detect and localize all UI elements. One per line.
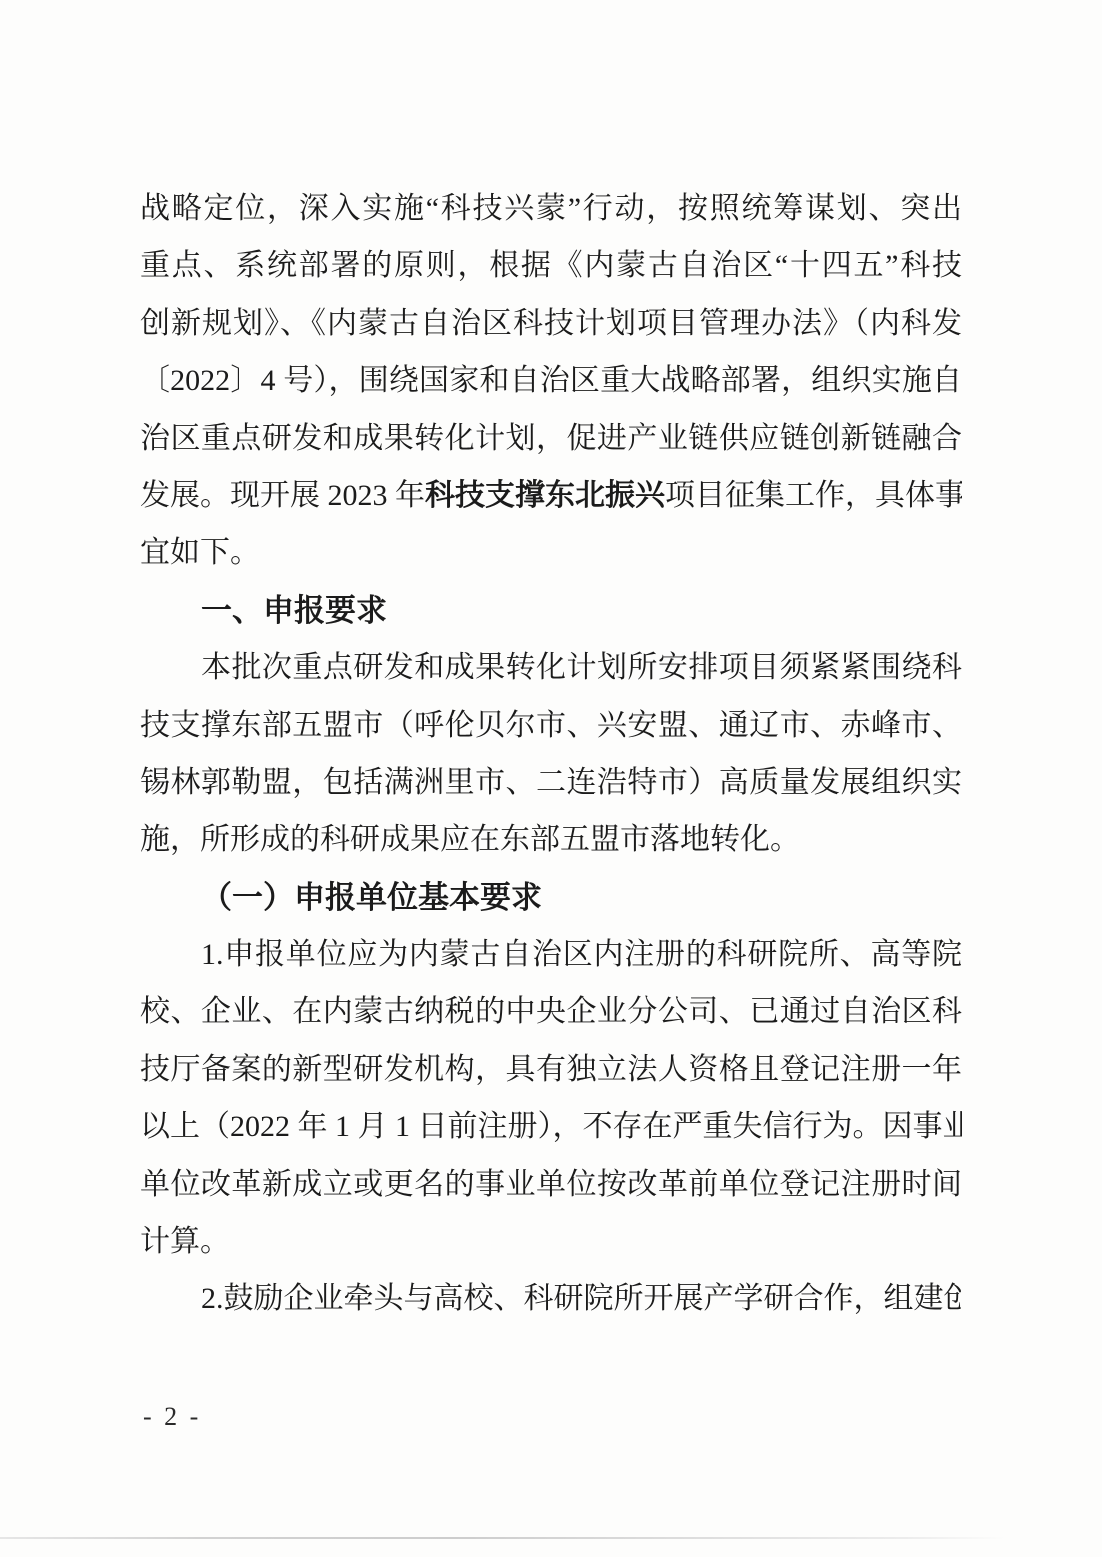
body-line: 技支撑东部五盟市（呼伦贝尔市、兴安盟、通辽市、赤峰市、 [140, 697, 962, 754]
body-line: 2.鼓励企业牵头与高校、科研院所开展产学研合作，组建创 [140, 1270, 962, 1327]
body-text-run: 发展。现开展 2023 年 [140, 479, 425, 512]
body-line: 本批次重点研发和成果转化计划所安排项目须紧紧围绕科 [140, 639, 962, 696]
bold-text-run: 科技支撑东北振兴 [425, 479, 665, 512]
body-line: 计算。 [140, 1213, 962, 1270]
body-line: 施，所形成的科研成果应在东部五盟市落地转化。 [140, 811, 962, 868]
body-line: 技厅备案的新型研发机构，具有独立法人资格且登记注册一年 [140, 1041, 962, 1098]
scan-edge-artifact [0, 1537, 1005, 1539]
body-line: 战略定位，深入实施“科技兴蒙”行动，按照统筹谋划、突出 [140, 180, 962, 237]
body-line: 以上（2022 年 1 月 1 日前注册），不存在严重失信行为。因事业 [140, 1098, 962, 1155]
body-line: 1.申报单位应为内蒙古自治区内注册的科研院所、高等院 [140, 926, 962, 983]
document-body: 战略定位，深入实施“科技兴蒙”行动，按照统筹谋划、突出 重点、系统部署的原则，根… [140, 180, 962, 1328]
body-line: 创新规划》、《内蒙古自治区科技计划项目管理办法》（内科发 [140, 295, 962, 352]
body-line: 〔2022〕4 号），围绕国家和自治区重大战略部署，组织实施自 [140, 352, 962, 409]
body-text-run: 项目征集工作，具体事 [665, 479, 962, 512]
body-line: 治区重点研发和成果转化计划，促进产业链供应链创新链融合 [140, 410, 962, 467]
sub-heading: （一）申报单位基本要求 [140, 869, 962, 926]
body-line: 宜如下。 [140, 524, 962, 581]
body-line: 发展。现开展 2023 年科技支撑东北振兴项目征集工作，具体事 [140, 467, 962, 524]
document-page: 战略定位，深入实施“科技兴蒙”行动，按照统筹谋划、突出 重点、系统部署的原则，根… [0, 0, 1102, 1557]
body-line: 单位改革新成立或更名的事业单位按改革前单位登记注册时间 [140, 1156, 962, 1213]
scan-noise-speckles [0, 0, 2, 2]
section-heading: 一、申报要求 [140, 582, 962, 639]
page-number: - 2 - [143, 1402, 201, 1432]
body-line: 锡林郭勒盟，包括满洲里市、二连浩特市）高质量发展组织实 [140, 754, 962, 811]
body-line: 校、企业、在内蒙古纳税的中央企业分公司、已通过自治区科 [140, 983, 962, 1040]
body-line: 重点、系统部署的原则，根据《内蒙古自治区“十四五”科技 [140, 237, 962, 294]
